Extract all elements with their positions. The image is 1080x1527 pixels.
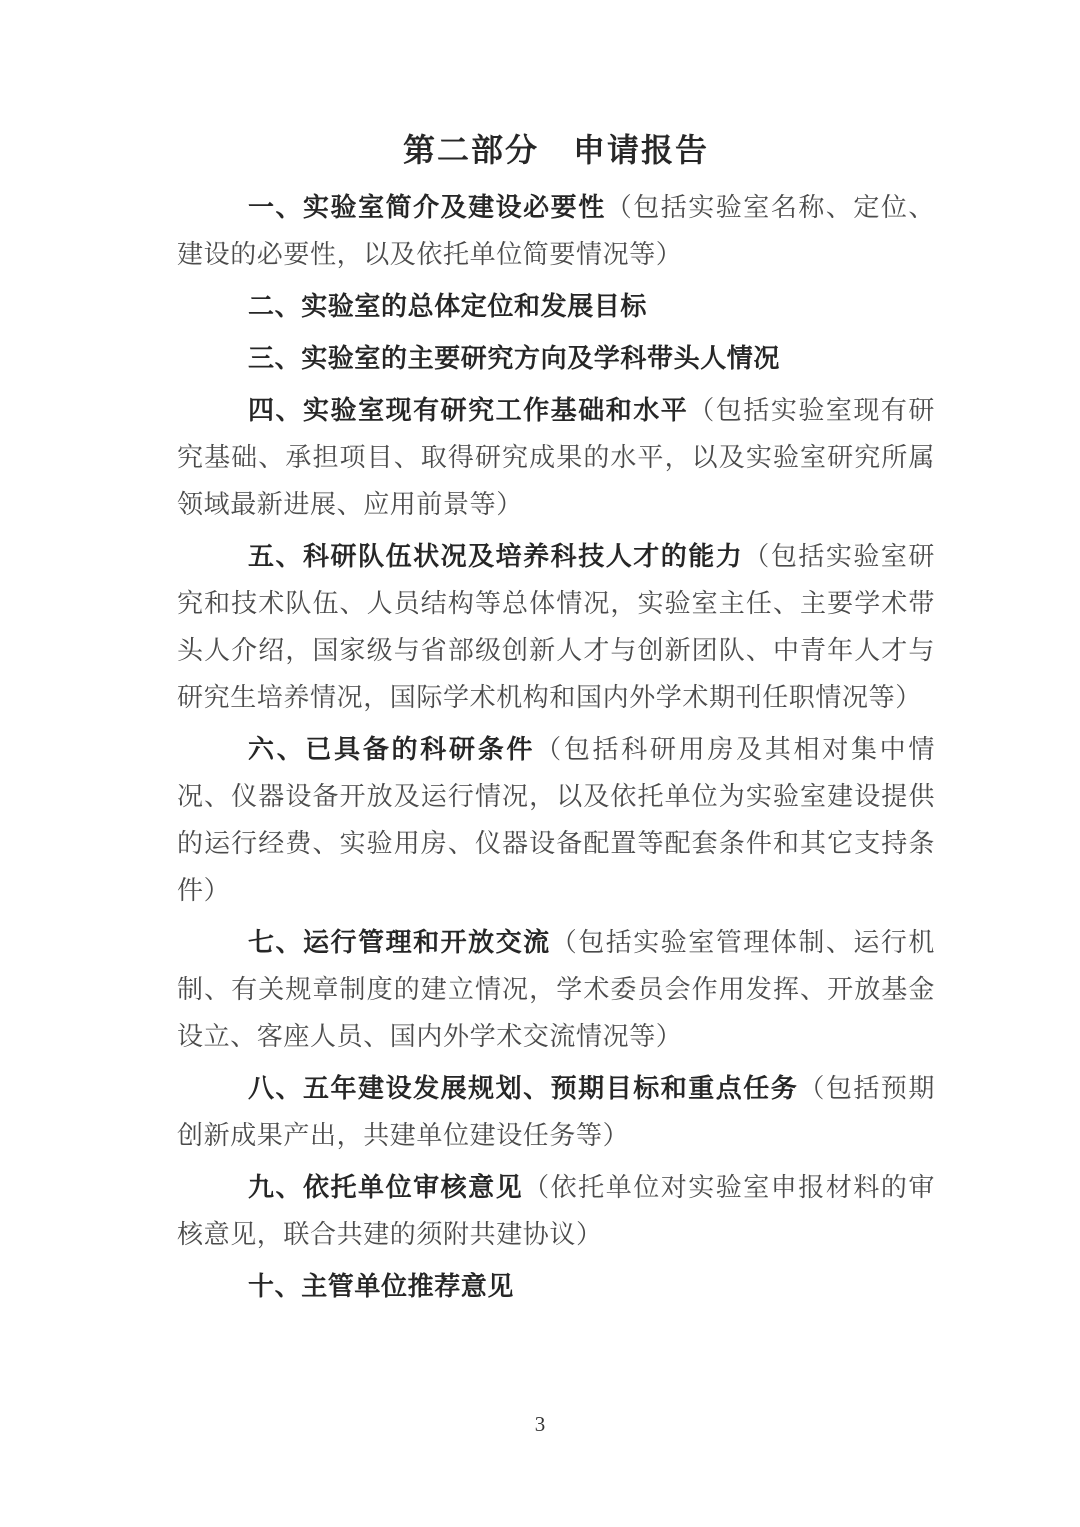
document-page: 第二部分 申请报告 一、实验室简介及建设必要性（包括实验室名称、定位、建设的必要… [0,0,1080,1527]
report-item-1: 一、实验室简介及建设必要性（包括实验室名称、定位、建设的必要性，以及依托单位简要… [177,184,935,278]
report-item-2: 二、实验室的总体定位和发展目标 [177,283,935,330]
item-heading: 二、实验室的总体定位和发展目标 [248,291,647,321]
page-number: 3 [0,1410,1080,1438]
document-content: 第二部分 申请报告 一、实验室简介及建设必要性（包括实验室名称、定位、建设的必要… [177,128,935,1315]
report-item-9: 九、依托单位审核意见（依托单位对实验室申报材料的审核意见，联合共建的须附共建协议… [177,1164,935,1258]
item-heading: 一、实验室简介及建设必要性 [248,192,606,222]
report-item-10: 十、主管单位推荐意见 [177,1263,935,1310]
item-heading: 七、运行管理和开放交流 [248,927,551,957]
item-heading: 四、实验室现有研究工作基础和水平 [248,395,688,425]
report-item-4: 四、实验室现有研究工作基础和水平（包括实验室现有研究基础、承担项目、取得研究成果… [177,387,935,528]
item-heading: 九、依托单位审核意见 [248,1172,523,1202]
page-title: 第二部分 申请报告 [177,128,935,172]
item-heading: 十、主管单位推荐意见 [248,1271,514,1301]
report-item-5: 五、科研队伍状况及培养科技人才的能力（包括实验室研究和技术队伍、人员结构等总体情… [177,533,935,721]
report-item-7: 七、运行管理和开放交流（包括实验室管理体制、运行机制、有关规章制度的建立情况，学… [177,919,935,1060]
report-item-3: 三、实验室的主要研究方向及学科带头人情况 [177,335,935,382]
item-heading: 八、五年建设发展规划、预期目标和重点任务 [248,1073,798,1103]
report-item-8: 八、五年建设发展规划、预期目标和重点任务（包括预期创新成果产出，共建单位建设任务… [177,1065,935,1159]
report-item-6: 六、已具备的科研条件（包括科研用房及其相对集中情况、仪器设备开放及运行情况，以及… [177,726,935,914]
item-heading: 三、实验室的主要研究方向及学科带头人情况 [248,343,780,373]
item-heading: 六、已具备的科研条件 [248,734,535,764]
item-heading: 五、科研队伍状况及培养科技人才的能力 [248,541,743,571]
